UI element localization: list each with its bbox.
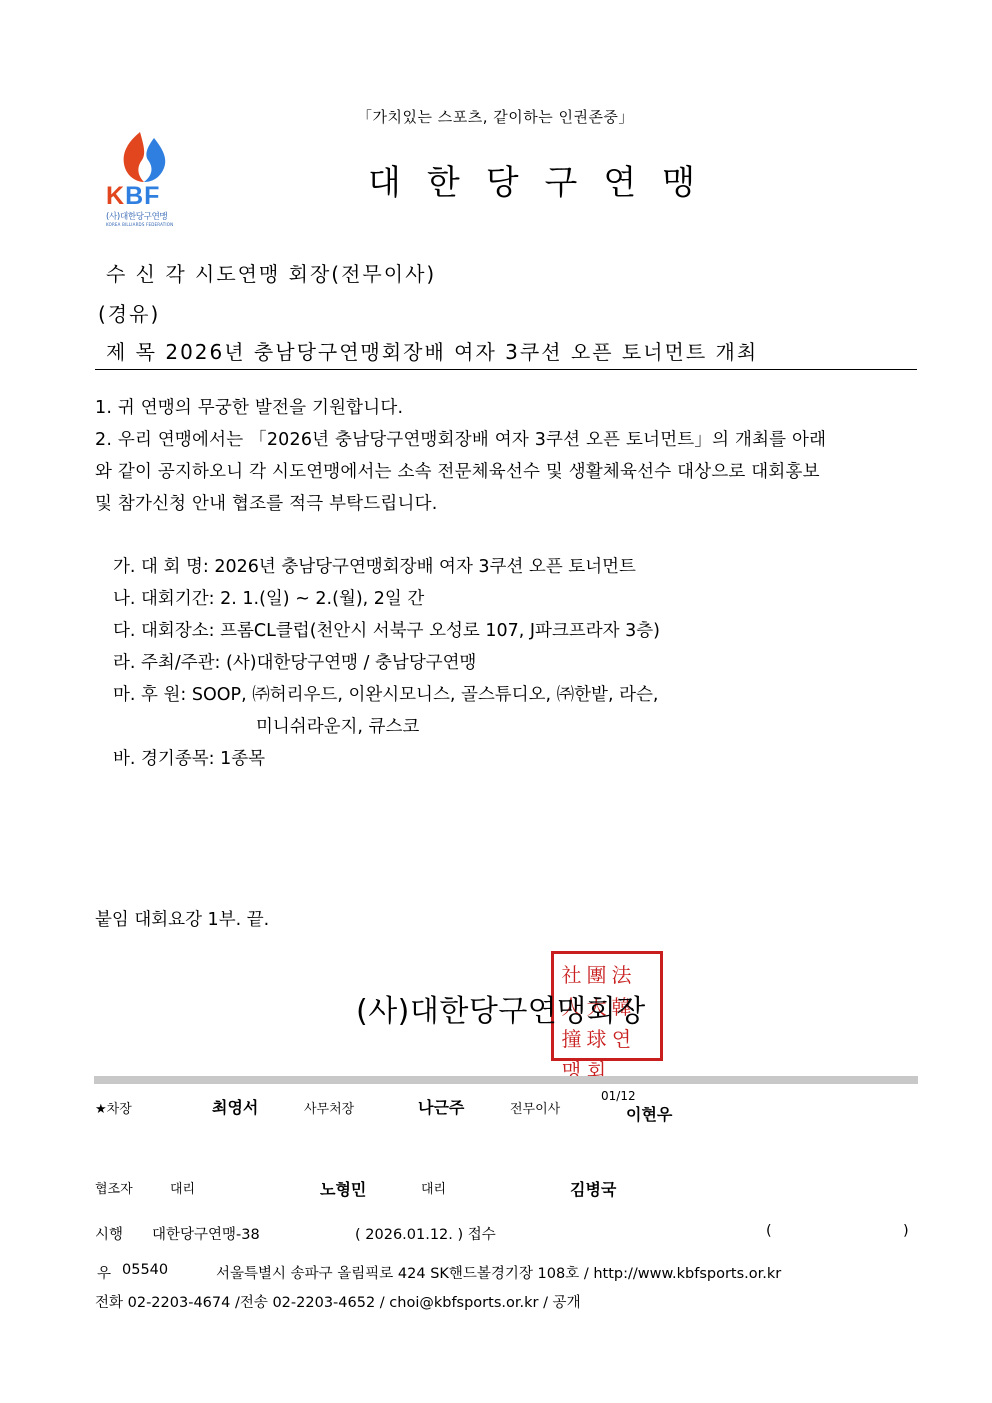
approver-role: 전무이사	[510, 1098, 560, 1117]
document-number: 대한당구연맹-38	[152, 1223, 260, 1244]
kbf-logo: KBF (사)대한당구연맹 KOREA BILLIARDS FEDERATION	[104, 130, 184, 230]
cooperator-role: 대리	[170, 1178, 195, 1197]
logo-korean-name: (사)대한당구연맹	[106, 210, 167, 222]
approval-divider-bar	[94, 1076, 918, 1084]
cooperator-name: 노형민	[320, 1177, 366, 1200]
recipient: 수 신 각 시도연맹 회장(전무이사)	[106, 258, 436, 287]
approver-name: 이현우	[626, 1102, 672, 1125]
cooperator-label: 협조자	[95, 1178, 133, 1197]
detail-item-period: 나. 대회기간: 2. 1.(일) ~ 2.(월), 2일 간	[113, 585, 424, 610]
contact-info: 전화 02-2203-4674 /전송 02-2203-4652 / choi@…	[95, 1291, 581, 1312]
via: (경유)	[98, 298, 160, 327]
flame-swirl-icon	[114, 130, 174, 184]
paragraph: 와 같이 공지하오니 각 시도연맹에서는 소속 전문체육선수 및 생활체육선수 …	[95, 458, 820, 483]
attachment-note: 붙임 대회요강 1부. 끝.	[95, 906, 269, 931]
detail-item-sponsors: 마. 후 원: SOOP, ㈜허리우드, 이완시모니스, 골스튜디오, ㈜한밭,…	[113, 681, 658, 706]
address-website: 서울특별시 송파구 올림픽로 424 SK핸드볼경기장 108호 / http:…	[216, 1262, 781, 1283]
detail-item-name: 가. 대 회 명: 2026년 충남당구연맹회장배 여자 3쿠션 오픈 토너먼트	[113, 553, 636, 578]
receipt-close-paren: )	[903, 1223, 909, 1239]
cooperator-name: 김병국	[570, 1177, 616, 1200]
enforce-date: ( 2026.01.12. ) 접수	[355, 1223, 496, 1244]
signer-title: (사)대한당구연맹회장	[356, 986, 646, 1030]
detail-item-sponsors-cont: 미니쉬라운지, 큐스코	[256, 713, 419, 738]
slogan: 「가치있는 스포츠, 같이하는 인권존중」	[357, 106, 634, 127]
logo-english-name: KOREA BILLIARDS FEDERATION	[106, 222, 173, 227]
subject-divider	[95, 369, 917, 370]
detail-item-host: 라. 주최/주관: (사)대한당구연맹 / 충남당구연맹	[113, 649, 476, 674]
paragraph: 2. 우리 연맹에서는 「2026년 충남당구연맹회장배 여자 3쿠션 오픈 토…	[95, 426, 826, 451]
approver-role: 사무처장	[304, 1098, 354, 1117]
postal-label: 우	[97, 1262, 111, 1283]
detail-item-venue: 다. 대회장소: 프롬CL클럽(천안시 서북구 오성로 107, J파크프라자 …	[113, 617, 660, 642]
logo-letters: KBF	[106, 182, 160, 211]
detail-item-events: 바. 경기종목: 1종목	[113, 745, 265, 770]
subject: 제 목 2026년 충남당구연맹회장배 여자 3쿠션 오픈 토너먼트 개최	[106, 336, 758, 365]
approver-role: ★차장	[95, 1098, 132, 1117]
receipt-open-paren: (	[766, 1223, 772, 1239]
approval-date: 01/12	[601, 1089, 636, 1103]
enforce-label: 시행	[95, 1223, 123, 1244]
cooperator-role: 대리	[421, 1178, 446, 1197]
paragraph: 1. 귀 연맹의 무궁한 발전을 기원합니다.	[95, 394, 403, 419]
org-title: 대한당구연맹	[368, 155, 721, 204]
postal-code: 05540	[122, 1262, 168, 1278]
paragraph: 및 참가신청 안내 협조를 적극 부탁드립니다.	[95, 490, 437, 515]
approver-name: 최영서	[212, 1095, 258, 1118]
approver-name: 나근주	[418, 1095, 464, 1118]
